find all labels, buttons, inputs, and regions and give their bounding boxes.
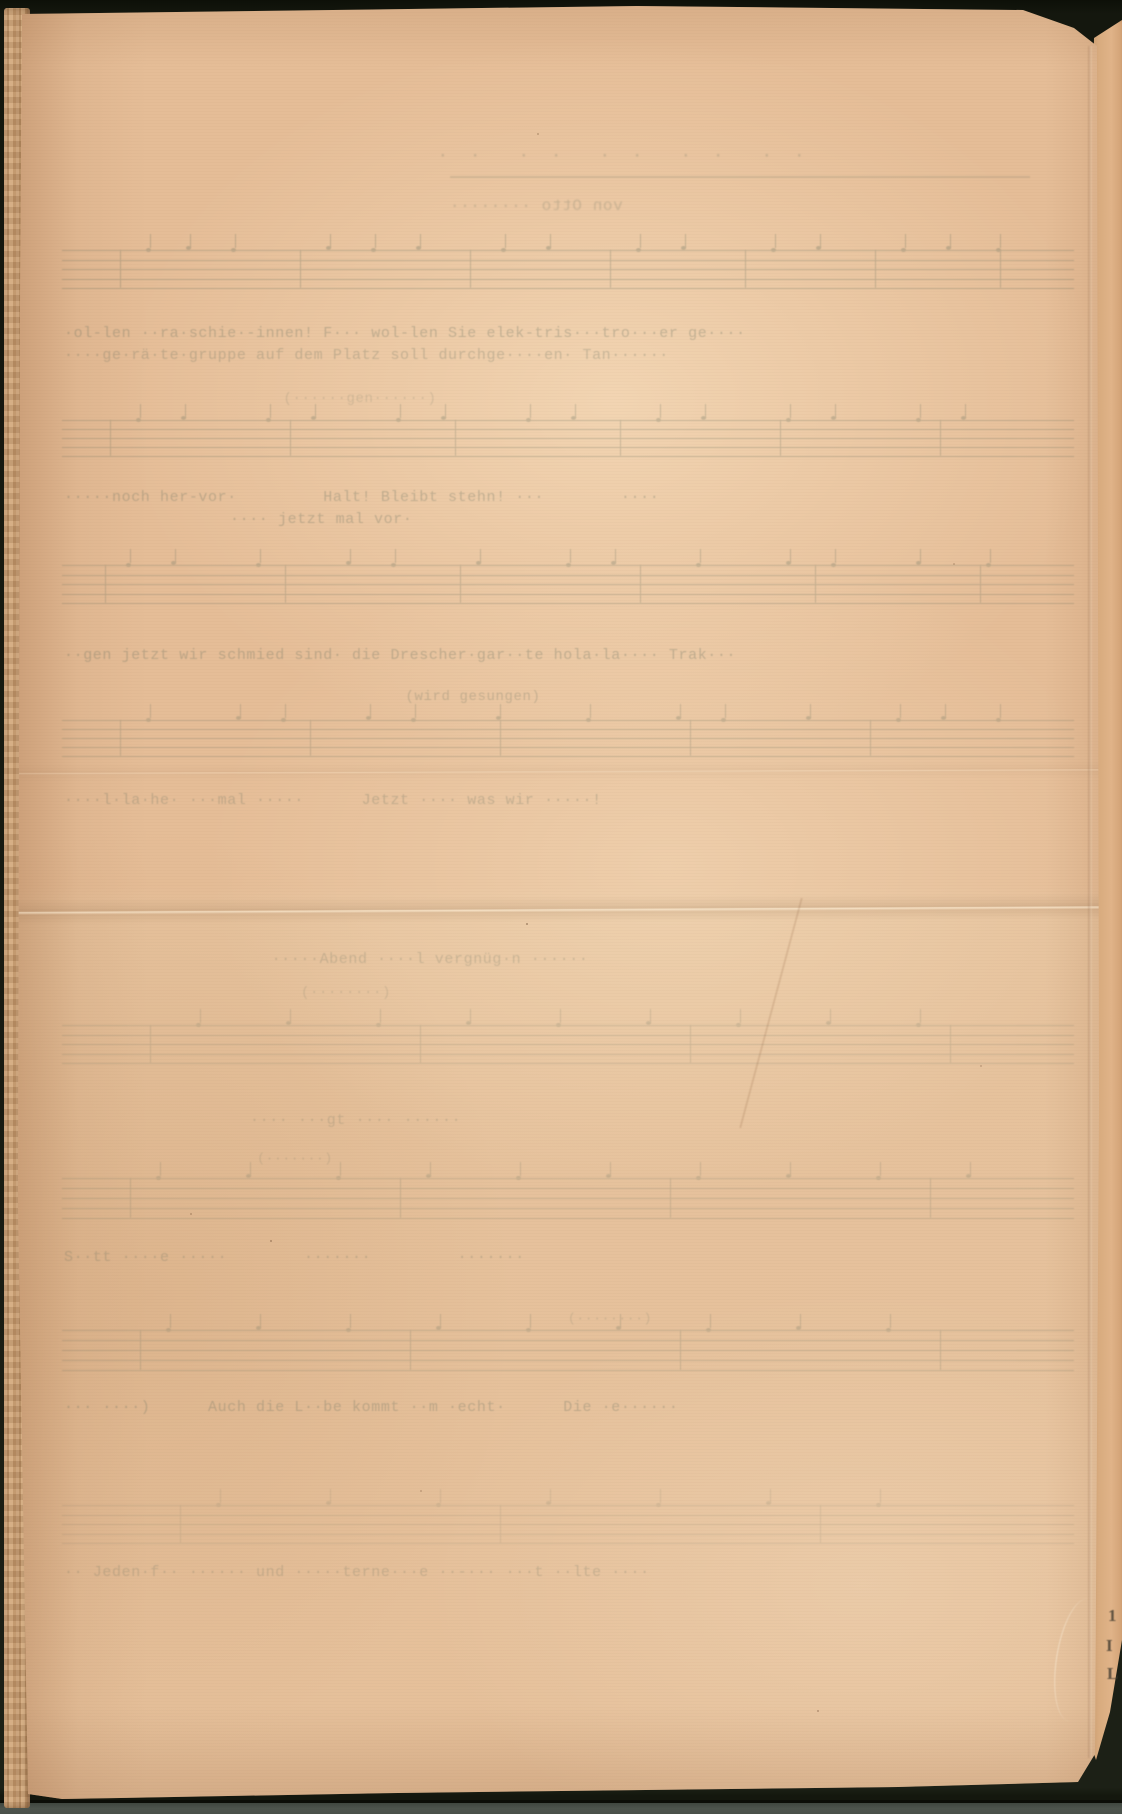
adjacent-page-print-fragment: L xyxy=(1107,1664,1118,1684)
note-head xyxy=(196,1023,201,1027)
note-head xyxy=(126,563,131,567)
note-head xyxy=(611,561,616,565)
note-stem xyxy=(270,404,271,418)
note-stem xyxy=(740,1009,741,1023)
staff-line xyxy=(62,1218,1074,1219)
note-head xyxy=(771,248,776,252)
note-head xyxy=(311,416,316,420)
staff-line xyxy=(62,1198,1074,1199)
note-stem xyxy=(1000,234,1001,248)
note-stem xyxy=(140,404,141,418)
staff-barline xyxy=(120,720,121,756)
note-stem xyxy=(395,549,396,563)
note-head xyxy=(831,563,836,567)
staff-line xyxy=(62,1063,1074,1064)
staff-barline xyxy=(180,1505,181,1543)
staff-barline xyxy=(460,565,461,603)
note-head xyxy=(656,1503,661,1507)
note-head xyxy=(146,248,151,252)
staff-line xyxy=(62,1505,1074,1506)
note-stem xyxy=(570,549,571,563)
note-head xyxy=(816,246,821,250)
staff-line xyxy=(62,603,1074,604)
book-photo: · · · · · · · · · · von Otto ········ ·o… xyxy=(0,0,1122,1814)
note-head xyxy=(546,1501,551,1505)
staff-barline xyxy=(420,1025,421,1063)
note-head xyxy=(556,1023,561,1027)
note-head xyxy=(546,246,551,250)
paper-speck xyxy=(526,923,528,925)
staff-line xyxy=(62,1515,1074,1516)
staff-line xyxy=(62,1360,1074,1361)
staff-line xyxy=(62,1340,1074,1341)
note-head xyxy=(571,416,576,420)
note-stem xyxy=(590,704,591,718)
note-stem xyxy=(235,234,236,248)
note-head xyxy=(136,418,141,422)
staff-barline xyxy=(110,420,111,456)
note-stem xyxy=(725,704,726,718)
music-staff xyxy=(62,1505,1074,1544)
note-head xyxy=(371,248,376,252)
upper-fold-crease xyxy=(18,760,1100,782)
note-head xyxy=(941,716,946,720)
note-head xyxy=(376,1023,381,1027)
note-head xyxy=(156,1176,161,1180)
note-head xyxy=(476,561,481,565)
staff-line xyxy=(62,438,1074,439)
note-head xyxy=(786,418,791,422)
note-head xyxy=(996,248,1001,252)
note-head xyxy=(786,561,791,565)
note-head xyxy=(676,716,681,720)
note-head xyxy=(986,563,991,567)
note-stem xyxy=(700,549,701,563)
note-head xyxy=(336,1176,341,1180)
staff-barline xyxy=(745,250,746,288)
note-head xyxy=(706,1328,711,1332)
note-stem xyxy=(700,1162,701,1176)
staff-barline xyxy=(610,250,611,288)
faded-typed-line: ·····Abend ····l vergnüg·n ······ xyxy=(272,952,589,967)
table-surface xyxy=(0,1800,1122,1814)
note-head xyxy=(961,416,966,420)
note-head xyxy=(656,418,661,422)
staff-barline xyxy=(140,1330,141,1370)
music-staff xyxy=(62,720,1074,757)
staff-line xyxy=(62,1534,1074,1535)
staff-barline xyxy=(950,1025,951,1063)
faded-typed-line: ··gen jetzt wir schmied sind· die Dresch… xyxy=(64,648,736,663)
note-head xyxy=(526,1328,531,1332)
note-head xyxy=(236,716,241,720)
note-stem xyxy=(150,704,151,718)
staff-barline xyxy=(680,1330,681,1370)
note-stem xyxy=(560,1009,561,1023)
staff-barline xyxy=(875,250,876,288)
note-head xyxy=(916,561,921,565)
bleedthrough-author-line: von Otto ········ xyxy=(449,198,622,214)
paper-speck xyxy=(980,1065,982,1067)
note-stem xyxy=(375,234,376,248)
note-head xyxy=(766,1501,771,1505)
staff-line xyxy=(62,1208,1074,1209)
note-stem xyxy=(900,704,901,718)
staff-barline xyxy=(105,565,106,603)
staff-barline xyxy=(940,1330,941,1370)
note-stem xyxy=(530,1314,531,1328)
note-head xyxy=(166,1328,171,1332)
note-head xyxy=(696,1176,701,1180)
note-head xyxy=(146,718,151,722)
faded-typed-line: (wird gesungen) xyxy=(405,690,540,704)
note-head xyxy=(396,418,401,422)
note-head xyxy=(966,1174,971,1178)
note-stem xyxy=(150,234,151,248)
note-head xyxy=(391,563,396,567)
note-head xyxy=(426,1174,431,1178)
note-head xyxy=(436,1503,441,1507)
staff-line xyxy=(62,269,1074,270)
note-head xyxy=(806,716,811,720)
faded-typed-line: (········) xyxy=(568,1312,652,1325)
staff-barline xyxy=(930,1178,931,1218)
staff-barline xyxy=(455,420,456,456)
staff-line xyxy=(62,1330,1074,1331)
note-stem xyxy=(200,1009,201,1023)
note-head xyxy=(516,1176,521,1180)
note-head xyxy=(886,1328,891,1332)
staff-line xyxy=(62,420,1074,421)
note-head xyxy=(901,248,906,252)
staff-barline xyxy=(400,1178,401,1218)
note-stem xyxy=(920,1009,921,1023)
staff-barline xyxy=(670,1178,671,1218)
note-head xyxy=(366,716,371,720)
faded-typed-line: S··tt ····e ····· ······· ······· xyxy=(64,1250,525,1265)
staff-barline xyxy=(130,1178,131,1218)
staff-line xyxy=(62,1054,1074,1055)
paper-speck xyxy=(817,1710,819,1712)
staff-barline xyxy=(310,720,311,756)
note-stem xyxy=(520,1162,521,1176)
note-head xyxy=(916,418,921,422)
staff-line xyxy=(62,1044,1074,1045)
right-edge-crease xyxy=(1088,46,1092,1758)
staff-line xyxy=(62,756,1074,757)
staff-barline xyxy=(470,250,471,288)
note-head xyxy=(466,1021,471,1025)
faded-typed-line: ···· ···gt ···· ······ xyxy=(250,1113,461,1128)
note-head xyxy=(876,1176,881,1180)
note-head xyxy=(646,1021,651,1025)
note-stem xyxy=(710,1314,711,1328)
note-head xyxy=(256,1326,261,1330)
note-head xyxy=(786,1174,791,1178)
note-head xyxy=(566,563,571,567)
faded-typed-line: (·······) xyxy=(257,1152,333,1165)
note-stem xyxy=(440,1489,441,1503)
staff-line xyxy=(62,447,1074,448)
note-head xyxy=(721,718,726,722)
note-stem xyxy=(380,1009,381,1023)
staff-line xyxy=(62,720,1074,721)
note-stem xyxy=(890,1314,891,1328)
staff-barline xyxy=(980,565,981,603)
staff-barline xyxy=(640,565,641,603)
staff-barline xyxy=(120,250,121,288)
faded-typed-line: (······gen······) xyxy=(283,392,436,406)
paper-speck xyxy=(190,1213,192,1215)
adjacent-page-print-fragment: 1 xyxy=(1108,1606,1117,1626)
note-head xyxy=(286,1021,291,1025)
staff-line xyxy=(62,429,1074,430)
note-stem xyxy=(880,1489,881,1503)
note-stem xyxy=(880,1162,881,1176)
note-head xyxy=(526,418,531,422)
note-stem xyxy=(640,234,641,248)
staff-line xyxy=(62,729,1074,730)
note-head xyxy=(681,246,686,250)
note-head xyxy=(916,1023,921,1027)
note-stem xyxy=(220,1489,221,1503)
note-head xyxy=(326,1501,331,1505)
staff-barline xyxy=(815,565,816,603)
faded-typed-line: ·····noch her-vor· Halt! Bleibt stehn! ·… xyxy=(64,490,659,505)
note-stem xyxy=(160,1162,161,1176)
note-head xyxy=(586,718,591,722)
staff-barline xyxy=(870,720,871,756)
music-staff xyxy=(62,1178,1074,1219)
note-head xyxy=(736,1023,741,1027)
staff-line xyxy=(62,584,1074,585)
note-head xyxy=(231,248,236,252)
note-stem xyxy=(170,1314,171,1328)
note-head xyxy=(701,416,706,420)
staff-line xyxy=(62,279,1074,280)
paper-speck xyxy=(270,1240,272,1242)
music-staff xyxy=(62,250,1074,289)
note-stem xyxy=(660,1489,661,1503)
note-stem xyxy=(350,1314,351,1328)
note-head xyxy=(946,246,951,250)
note-head xyxy=(346,561,351,565)
note-head xyxy=(996,718,1001,722)
paper-speck xyxy=(953,563,955,565)
staff-line xyxy=(62,575,1074,576)
adjacent-page-print-fragment: I xyxy=(1106,1636,1113,1656)
staff-barline xyxy=(500,1505,501,1543)
note-stem xyxy=(990,549,991,563)
faded-typed-line: ····l·la·he· ···mal ····· Jetzt ···· was… xyxy=(64,793,602,808)
note-head xyxy=(281,718,286,722)
note-stem xyxy=(905,234,906,248)
staff-line xyxy=(62,1025,1074,1026)
paper-speck xyxy=(420,1490,422,1492)
staff-line xyxy=(62,747,1074,748)
staff-line xyxy=(62,1188,1074,1189)
diagonal-crease xyxy=(739,898,803,1128)
music-staff xyxy=(62,1025,1074,1064)
note-stem xyxy=(920,404,921,418)
staff-line xyxy=(62,260,1074,261)
note-stem xyxy=(1000,704,1001,718)
note-head xyxy=(441,416,446,420)
staff-barline xyxy=(690,1025,691,1063)
note-head xyxy=(216,1503,221,1507)
faded-typed-line: (········) xyxy=(301,986,391,1000)
staff-line xyxy=(62,1543,1074,1544)
note-stem xyxy=(530,404,531,418)
note-head xyxy=(266,418,271,422)
note-head xyxy=(186,246,191,250)
staff-line xyxy=(62,1370,1074,1371)
note-head xyxy=(181,416,186,420)
music-staff xyxy=(62,1330,1074,1371)
faded-typed-line: ·ol-len ··ra·schie·-innen! F··· wol-len … xyxy=(64,326,746,341)
staff-barline xyxy=(290,420,291,456)
note-head xyxy=(826,1021,831,1025)
staff-line xyxy=(62,738,1074,739)
staff-line xyxy=(62,1178,1074,1179)
note-head xyxy=(326,246,331,250)
staff-barline xyxy=(150,1025,151,1063)
staff-line xyxy=(62,1350,1074,1351)
note-head xyxy=(501,248,506,252)
faded-typed-line: ·· Jeden·f·· ······ und ·····terne···e ·… xyxy=(64,1565,650,1580)
staff-barline xyxy=(1000,250,1001,288)
staff-barline xyxy=(820,1505,821,1543)
staff-barline xyxy=(410,1330,411,1370)
faded-underline-rule xyxy=(450,176,1030,178)
note-head xyxy=(796,1326,801,1330)
main-fold-crease xyxy=(18,893,1100,925)
note-head xyxy=(496,716,501,720)
staff-barline xyxy=(780,420,781,456)
staff-line xyxy=(62,1035,1074,1036)
music-staff xyxy=(62,420,1074,457)
staff-barline xyxy=(285,565,286,603)
staff-barline xyxy=(690,720,691,756)
note-head xyxy=(171,561,176,565)
note-stem xyxy=(260,549,261,563)
note-head xyxy=(416,246,421,250)
note-head xyxy=(696,563,701,567)
staff-barline xyxy=(940,420,941,456)
note-head xyxy=(831,416,836,420)
paper-speck xyxy=(537,133,539,135)
staff-line xyxy=(62,250,1074,251)
note-stem xyxy=(340,1162,341,1176)
note-head xyxy=(436,1326,441,1330)
staff-line xyxy=(62,594,1074,595)
note-head xyxy=(876,1503,881,1507)
note-head xyxy=(246,1174,251,1178)
staff-line xyxy=(62,456,1074,457)
note-head xyxy=(256,563,261,567)
staff-barline xyxy=(500,720,501,756)
note-stem xyxy=(130,549,131,563)
note-stem xyxy=(775,234,776,248)
faded-typed-line: ····ge·rä·te·gruppe auf dem Platz soll d… xyxy=(64,348,669,363)
faded-typed-line: ··· ····) Auch die L··be kommt ··m ·echt… xyxy=(64,1400,679,1415)
note-stem xyxy=(660,404,661,418)
note-stem xyxy=(505,234,506,248)
faded-typed-line: ···· jetzt mal vor· xyxy=(230,512,412,527)
note-head xyxy=(636,248,641,252)
scanned-page: · · · · · · · · · · von Otto ········ ·o… xyxy=(18,6,1100,1800)
staff-line xyxy=(62,288,1074,289)
note-head xyxy=(896,718,901,722)
note-head xyxy=(346,1328,351,1332)
note-stem xyxy=(790,404,791,418)
note-head xyxy=(616,1326,621,1330)
staff-barline xyxy=(620,420,621,456)
music-staff xyxy=(62,565,1074,604)
staff-barline xyxy=(300,250,301,288)
note-head xyxy=(606,1174,611,1178)
bleedthrough-title: · · · · · · · · · · xyxy=(432,148,805,165)
note-stem xyxy=(285,704,286,718)
staff-line xyxy=(62,1524,1074,1525)
note-stem xyxy=(415,704,416,718)
note-stem xyxy=(835,549,836,563)
note-head xyxy=(411,718,416,722)
